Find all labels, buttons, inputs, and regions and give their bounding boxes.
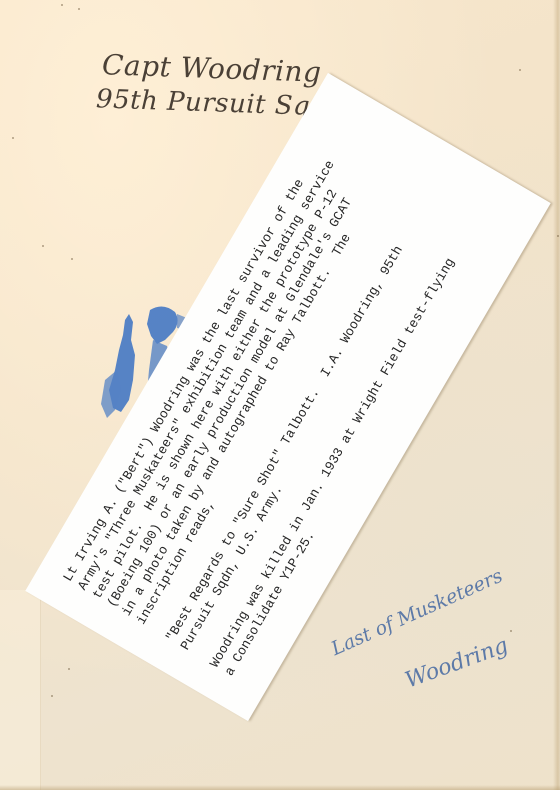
paper-tape-strip [0, 590, 41, 790]
paper-edge-bottom [0, 785, 560, 790]
paper-speck [519, 69, 521, 71]
paper-speck [12, 137, 14, 139]
paper-speck [557, 235, 559, 237]
paper-speck [78, 8, 80, 10]
paper-speck [42, 245, 44, 247]
paper-speck [71, 258, 73, 260]
paper-speck [61, 4, 63, 6]
paper-speck [510, 630, 512, 632]
paper-edge-right [553, 0, 560, 790]
paper-speck [68, 668, 70, 670]
paper-speck [51, 695, 53, 697]
